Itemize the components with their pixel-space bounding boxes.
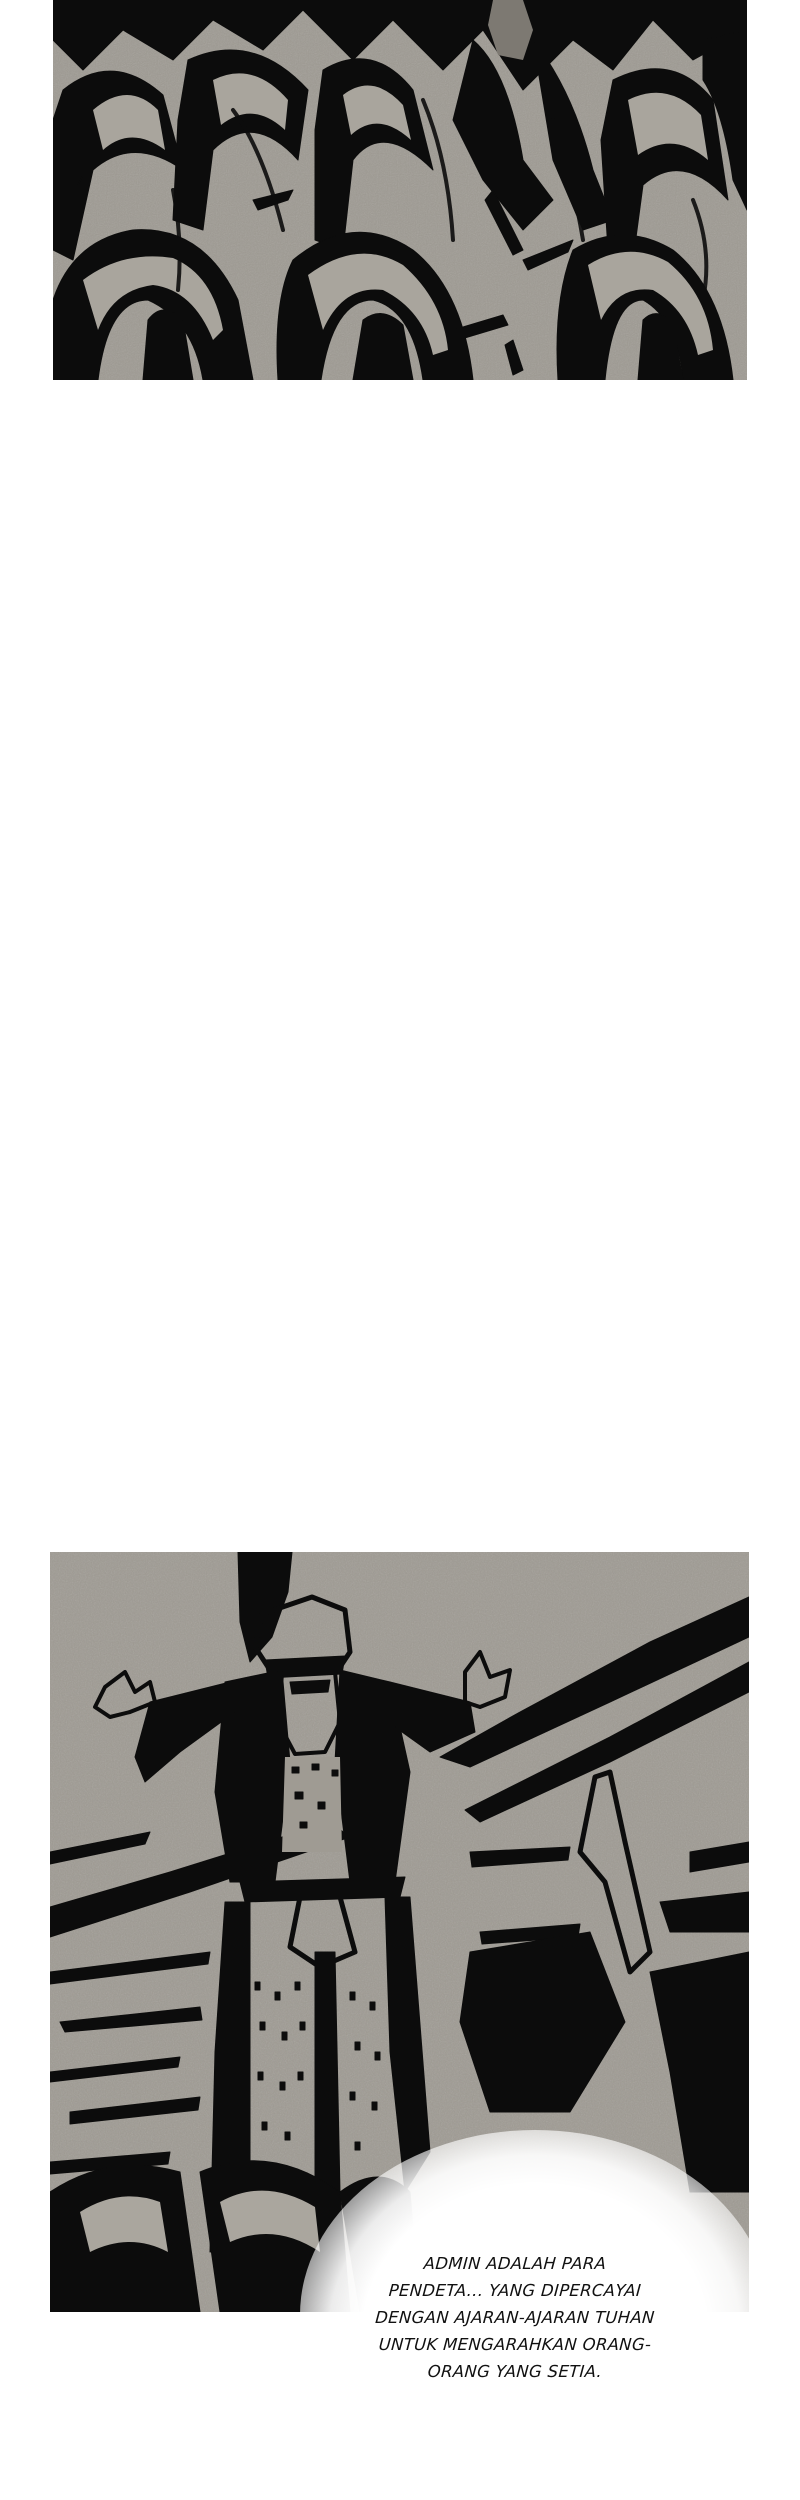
caption-line: UNTUK MENGARAHKAN ORANG-	[329, 2331, 701, 2358]
caption-line: DENGAN AJARAN-AJARAN TUHAN	[329, 2304, 701, 2331]
comic-page: ADMIN ADALAH PARA PENDETA... YANG DIPERC…	[0, 0, 800, 2500]
panel-priest-preaching	[50, 1552, 749, 2312]
caption-line: ORANG YANG SETIA.	[329, 2358, 701, 2385]
priest-artwork	[50, 1552, 749, 2312]
bowing-crowd-artwork	[53, 0, 747, 380]
caption-line: ADMIN ADALAH PARA	[329, 2250, 701, 2277]
speech-bubble-text: ADMIN ADALAH PARA PENDETA... YANG DIPERC…	[330, 2250, 700, 2385]
panel-bowing-crowd	[53, 0, 747, 380]
caption-line: PENDETA... YANG DIPERCAYAI	[329, 2277, 701, 2304]
